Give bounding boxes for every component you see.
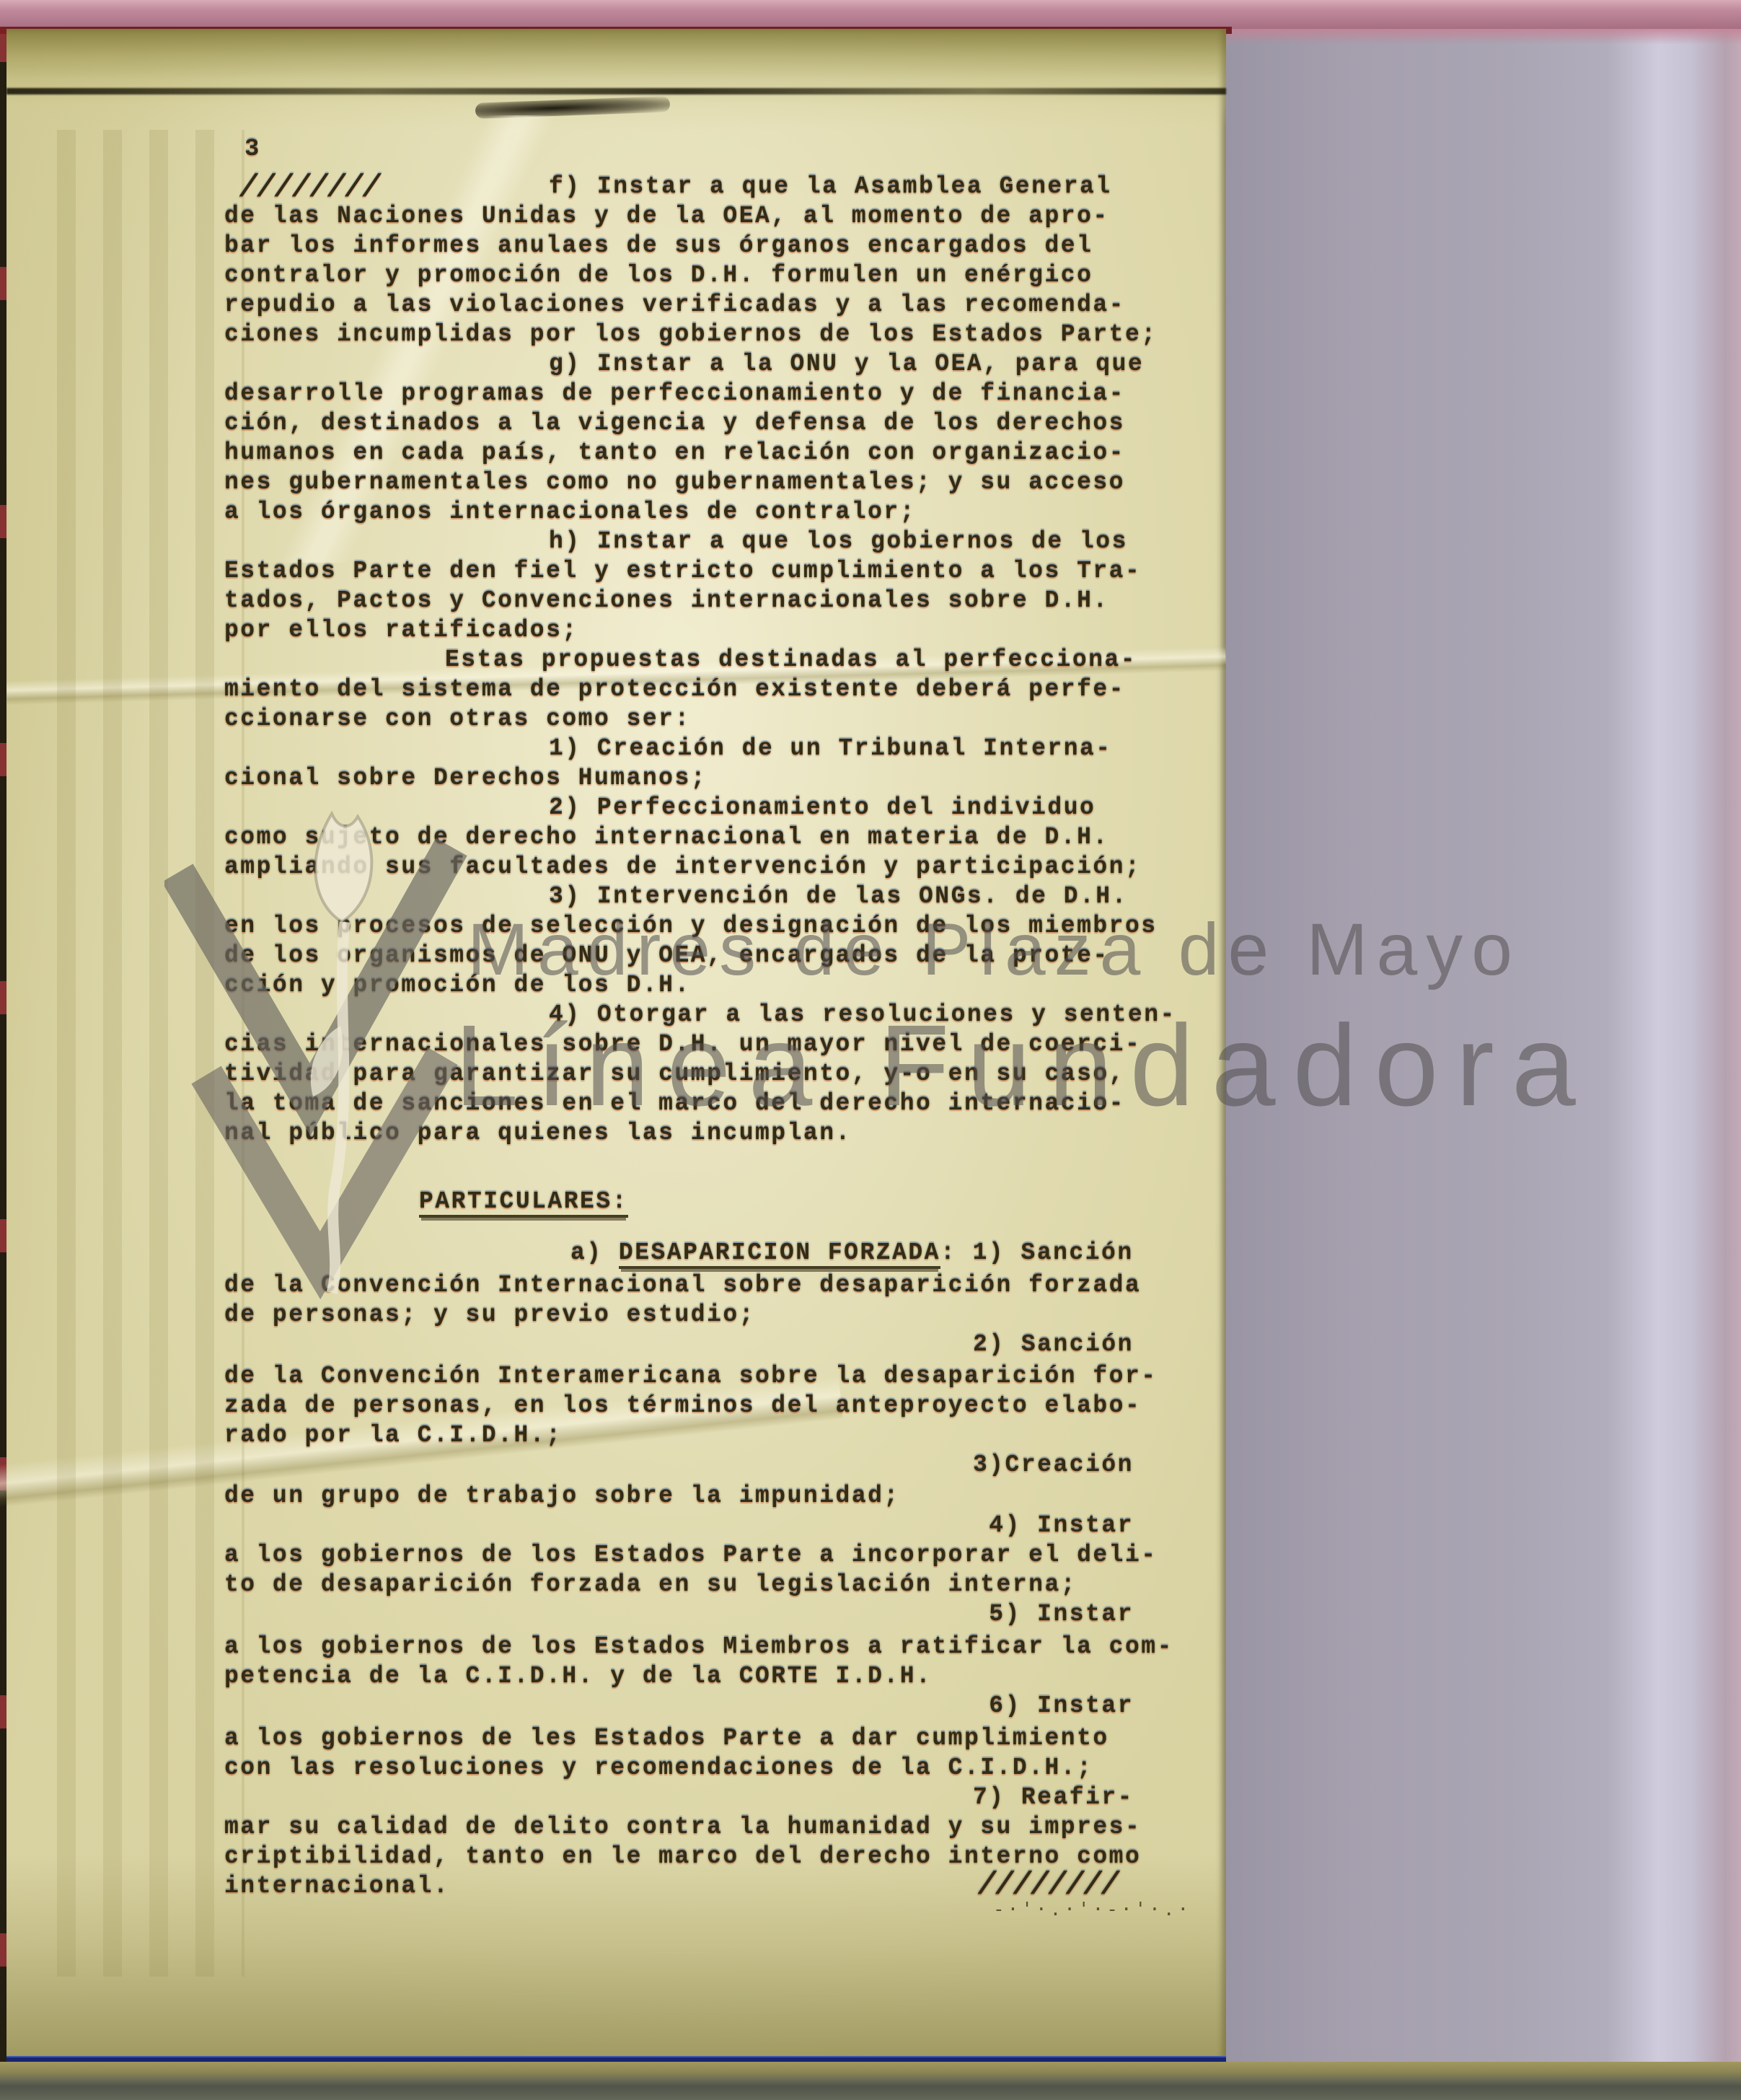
document-line: tividad para garantizar su cumplimiento,… [224, 1059, 1226, 1089]
document-line: a los órganos internacionales de contral… [224, 497, 1226, 527]
page-bottom-blue-line [6, 2056, 1226, 2062]
document-line: ciones incumplidas por los gobiernos de … [224, 320, 1226, 349]
document-line: rado por la C.I.D.H.; [224, 1420, 1226, 1450]
scanner-bottom-bands [0, 2062, 1741, 2100]
scanner-pink-fade [1226, 29, 1741, 45]
document-line: la toma de sanciones en el marco del der… [224, 1089, 1226, 1118]
document-line: miento del sistema de protección existen… [224, 675, 1226, 704]
scanner-left-border [0, 29, 6, 2062]
document-line: de la Convención Internacional sobre des… [224, 1270, 1226, 1300]
page-number: 3 [244, 136, 259, 163]
document-line: a los gobiernos de les Estados Parte a d… [224, 1723, 1226, 1753]
document-line: 3) Intervención de las ONGs. de D.H. [549, 882, 1226, 911]
document-line: 1) Creación de un Tribunal Interna- [549, 734, 1226, 763]
document-line: a los gobiernos de los Estados Miembros … [224, 1632, 1226, 1661]
document-line: en los procesos de selección y designaci… [224, 911, 1226, 941]
document-line: criptibilidad, tanto en le marco del der… [224, 1842, 1226, 1871]
document-line: tados, Pactos y Convenciones internacion… [224, 586, 1226, 615]
document-line: nes gubernamentales como no gubernamenta… [224, 467, 1226, 497]
document-line: h) Instar a que los gobiernos de los [549, 527, 1226, 556]
scanned-document-screenshot: 3 //////// f) Instar a que la Asamblea G… [0, 0, 1741, 2100]
document-text: f) Instar a que la Asamblea Generalde la… [6, 172, 1226, 1901]
document-line: cción y promoción de los D.H. [224, 970, 1226, 1000]
document-line: de personas; y su previo estudio; [224, 1300, 1226, 1330]
bottom-dotted-marks: -·'·.·'·-·'·.· [993, 1899, 1191, 1920]
document-line: 3)Creación [6, 1450, 1226, 1480]
document-page: 3 //////// f) Instar a que la Asamblea G… [6, 29, 1226, 2062]
document-line: petencia de la C.I.D.H. y de la CORTE I.… [224, 1661, 1226, 1691]
document-line: ción, destinados a la vigencia y defensa… [224, 408, 1226, 438]
document-line: 2) Perfeccionamiento del individuo [549, 793, 1226, 822]
document-line: 6) Instar [6, 1691, 1226, 1721]
document-line: mar su calidad de delito contra la human… [224, 1812, 1226, 1842]
document-line: de las Naciones Unidas y de la OEA, al m… [224, 201, 1226, 231]
scanner-gray-background [1226, 29, 1741, 2063]
document-line: repudio a las violaciones verificadas y … [224, 290, 1226, 320]
underlined-text: DESAPARICION FORZADA [619, 1239, 940, 1269]
document-line: a) DESAPARICION FORZADA: 1) Sanción [570, 1238, 1226, 1268]
document-line: cias internacionales sobre D.H. un mayor… [224, 1029, 1226, 1059]
document-line: nal público para quienes las incumplan. [224, 1118, 1226, 1148]
document-line: 2) Sanción [6, 1330, 1226, 1359]
document-line: internacional.//////// [224, 1871, 1226, 1901]
scanner-top-pink-band [0, 0, 1741, 29]
document-line: humanos en cada país, tanto en relación … [224, 438, 1226, 467]
document-line: 5) Instar [6, 1599, 1226, 1629]
document-line: 7) Reafir- [6, 1783, 1226, 1812]
document-line: desarrolle programas de perfeccionamient… [224, 379, 1226, 408]
page-top-scan-band [6, 29, 1226, 130]
document-line: Estados Parte den fiel y estricto cumpli… [224, 556, 1226, 586]
document-line: contralor y promoción de los D.H. formul… [224, 260, 1226, 290]
bottom-slash-marks: //////// [975, 1871, 1120, 1901]
document-line: g) Instar a la ONU y la OEA, para que [549, 349, 1226, 379]
document-line: 4) Instar [6, 1511, 1226, 1540]
document-line: 4) Otorgar a las resoluciones y senten- [549, 1000, 1226, 1029]
underlined-text: PARTICULARES: [419, 1188, 628, 1218]
document-line: bar los informes anulaes de sus órganos … [224, 231, 1226, 260]
document-line: de la Convención Interamericana sobre la… [224, 1361, 1226, 1391]
document-line: por ellos ratificados; [224, 615, 1226, 645]
document-line: Estas propuestas destinadas al perfeccio… [445, 645, 1226, 675]
document-line: con las resoluciones y recomendaciones d… [224, 1753, 1226, 1783]
document-line: to de desaparición forzada en su legisla… [224, 1570, 1226, 1599]
document-line: PARTICULARES: [419, 1187, 1226, 1216]
document-line: ccionarse con otras como ser: [224, 704, 1226, 734]
document-line: de los organismos de ONU y OEA, encargad… [224, 941, 1226, 970]
document-line: como sujeto de derecho internacional en … [224, 822, 1226, 852]
document-line: ampliando sus facultades de intervención… [224, 852, 1226, 882]
document-line: de un grupo de trabajo sobre la impunida… [224, 1481, 1226, 1511]
document-line: zada de personas, en los términos del an… [224, 1391, 1226, 1420]
document-line: cional sobre Derechos Humanos; [224, 763, 1226, 793]
page-top-scan-line [6, 88, 1226, 95]
document-line: f) Instar a que la Asamblea General [549, 172, 1226, 201]
document-line: a los gobiernos de los Estados Parte a i… [224, 1540, 1226, 1570]
